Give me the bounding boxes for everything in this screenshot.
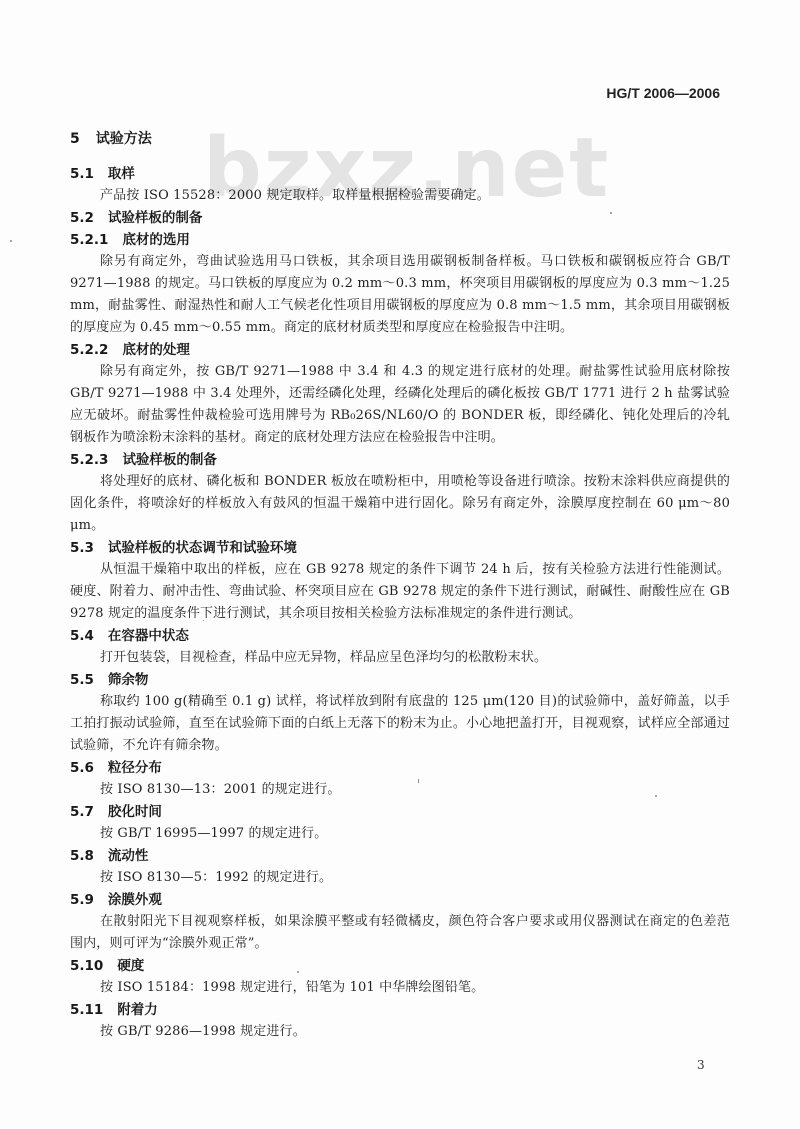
section-paragraph: 除另有商定外，按 GB/T 9271—1988 中 3.4 和 4.3 的规定进…: [70, 361, 730, 449]
document-page: bzxz.net HG/T 2006—2006 5试验方法 5.1取样 产品按 …: [0, 0, 800, 1129]
section-heading: 5.8流动性: [70, 845, 730, 867]
section-title: 试验样板的制备: [122, 452, 217, 468]
section-paragraph: 称取约 100 g(精确至 0.1 g) 试样，将试样放到附有底盘的 125 μ…: [70, 691, 730, 757]
section-paragraph: 按 ISO 8130—5：1992 的规定进行。: [70, 867, 730, 889]
document-code: HG/T 2006—2006: [606, 85, 720, 101]
chapter-number: 5: [70, 131, 80, 147]
section-number: 5.10: [70, 955, 103, 977]
section-heading: 5.10硬度: [70, 955, 730, 977]
section-number: 5.7: [70, 801, 94, 823]
section-number: 5.8: [70, 845, 94, 867]
section-paragraph: 按 ISO 8130—13：2001 的规定进行。: [70, 779, 730, 801]
section-5-2: 5.2试验样板的制备: [70, 207, 730, 229]
section-paragraph: 打开包装袋，目视检查，样品中应无异物，样品应呈色泽均匀的松散粉末状。: [70, 647, 730, 669]
section-title: 粒径分布: [108, 760, 162, 776]
section-heading: 5.2.2底材的处理: [70, 339, 730, 361]
section-5-2-3: 5.2.3试验样板的制备 将处理好的底材、磷化板和 BONDER 板放在喷粉柜中…: [70, 449, 730, 537]
section-title: 试验样板的制备: [108, 210, 203, 226]
chapter-heading: 5试验方法: [70, 127, 730, 151]
chapter-title: 试验方法: [96, 131, 152, 147]
section-title: 底材的处理: [122, 342, 190, 358]
section-paragraph: 产品按 ISO 15528：2000 规定取样。取样量根据检验需要确定。: [70, 185, 730, 207]
page-number: 3: [697, 1058, 705, 1072]
section-heading: 5.1取样: [70, 163, 730, 185]
section-paragraph: 按 GB/T 16995—1997 的规定进行。: [70, 823, 730, 845]
section-title: 在容器中状态: [108, 628, 189, 644]
section-title: 取样: [108, 166, 135, 182]
section-5-3: 5.3试验样板的状态调节和试验环境 从恒温干燥箱中取出的样板，应在 GB 927…: [70, 537, 730, 625]
section-heading: 5.2.1底材的选用: [70, 229, 730, 251]
section-number: 5.4: [70, 625, 94, 647]
section-title: 附着力: [117, 1002, 158, 1018]
section-number: 5.5: [70, 669, 94, 691]
section-heading: 5.2.3试验样板的制备: [70, 449, 730, 471]
section-heading: 5.4在容器中状态: [70, 625, 730, 647]
section-5-8: 5.8流动性 按 ISO 8130—5：1992 的规定进行。: [70, 845, 730, 889]
section-number: 5.6: [70, 757, 94, 779]
section-heading: 5.11附着力: [70, 999, 730, 1021]
section-5-2-2: 5.2.2底材的处理 除另有商定外，按 GB/T 9271—1988 中 3.4…: [70, 339, 730, 449]
section-5-10: 5.10硬度 按 ISO 15184：1998 规定进行，铅笔为 101 中华牌…: [70, 955, 730, 999]
section-5-5: 5.5筛余物 称取约 100 g(精确至 0.1 g) 试样，将试样放到附有底盘…: [70, 669, 730, 757]
section-paragraph: 除另有商定外，弯曲试验选用马口铁板，其余项目选用碳钢板制备样板。马口铁板和碳钢板…: [70, 251, 730, 339]
section-number: 5.3: [70, 537, 94, 559]
section-5-7: 5.7胶化时间 按 GB/T 16995—1997 的规定进行。: [70, 801, 730, 845]
section-title: 底材的选用: [122, 232, 190, 248]
section-number: 5.2.1: [70, 229, 108, 251]
section-5-9: 5.9涂膜外观 在散射阳光下目视观察样板，如果涂膜平整或有轻微橘皮，颜色符合客户…: [70, 889, 730, 955]
section-heading: 5.3试验样板的状态调节和试验环境: [70, 537, 730, 559]
section-number: 5.2.2: [70, 339, 108, 361]
section-paragraph: 从恒温干燥箱中取出的样板，应在 GB 9278 规定的条件下调节 24 h 后，…: [70, 559, 730, 625]
section-title: 胶化时间: [108, 804, 162, 820]
scan-speck: [10, 240, 12, 242]
section-heading: 5.2试验样板的制备: [70, 207, 730, 229]
section-number: 5.1: [70, 163, 94, 185]
section-title: 涂膜外观: [108, 892, 162, 908]
section-title: 试验样板的状态调节和试验环境: [108, 540, 297, 556]
section-paragraph: 在散射阳光下目视观察样板，如果涂膜平整或有轻微橘皮，颜色符合客户要求或用仪器测试…: [70, 911, 730, 955]
section-5-4: 5.4在容器中状态 打开包装袋，目视检查，样品中应无异物，样品应呈色泽均匀的松散…: [70, 625, 730, 669]
section-number: 5.2.3: [70, 449, 108, 471]
section-number: 5.2: [70, 207, 94, 229]
section-title: 硬度: [117, 958, 144, 974]
section-5-1: 5.1取样 产品按 ISO 15528：2000 规定取样。取样量根据检验需要确…: [70, 163, 730, 207]
section-title: 流动性: [108, 848, 149, 864]
section-5-11: 5.11附着力 按 GB/T 9286—1998 规定进行。: [70, 999, 730, 1043]
section-heading: 5.9涂膜外观: [70, 889, 730, 911]
section-heading: 5.6粒径分布: [70, 757, 730, 779]
section-number: 5.9: [70, 889, 94, 911]
section-heading: 5.5筛余物: [70, 669, 730, 691]
section-paragraph: 按 ISO 15184：1998 规定进行，铅笔为 101 中华牌绘图铅笔。: [70, 977, 730, 999]
section-5-6: 5.6粒径分布 按 ISO 8130—13：2001 的规定进行。: [70, 757, 730, 801]
section-heading: 5.7胶化时间: [70, 801, 730, 823]
section-paragraph: 按 GB/T 9286—1998 规定进行。: [70, 1021, 730, 1043]
section-number: 5.11: [70, 999, 103, 1021]
document-body: 5试验方法 5.1取样 产品按 ISO 15528：2000 规定取样。取样量根…: [70, 127, 730, 1043]
section-paragraph: 将处理好的底材、磷化板和 BONDER 板放在喷粉柜中，用喷枪等设备进行喷涂。按…: [70, 471, 730, 537]
section-title: 筛余物: [108, 672, 149, 688]
section-5-2-1: 5.2.1底材的选用 除另有商定外，弯曲试验选用马口铁板，其余项目选用碳钢板制备…: [70, 229, 730, 339]
